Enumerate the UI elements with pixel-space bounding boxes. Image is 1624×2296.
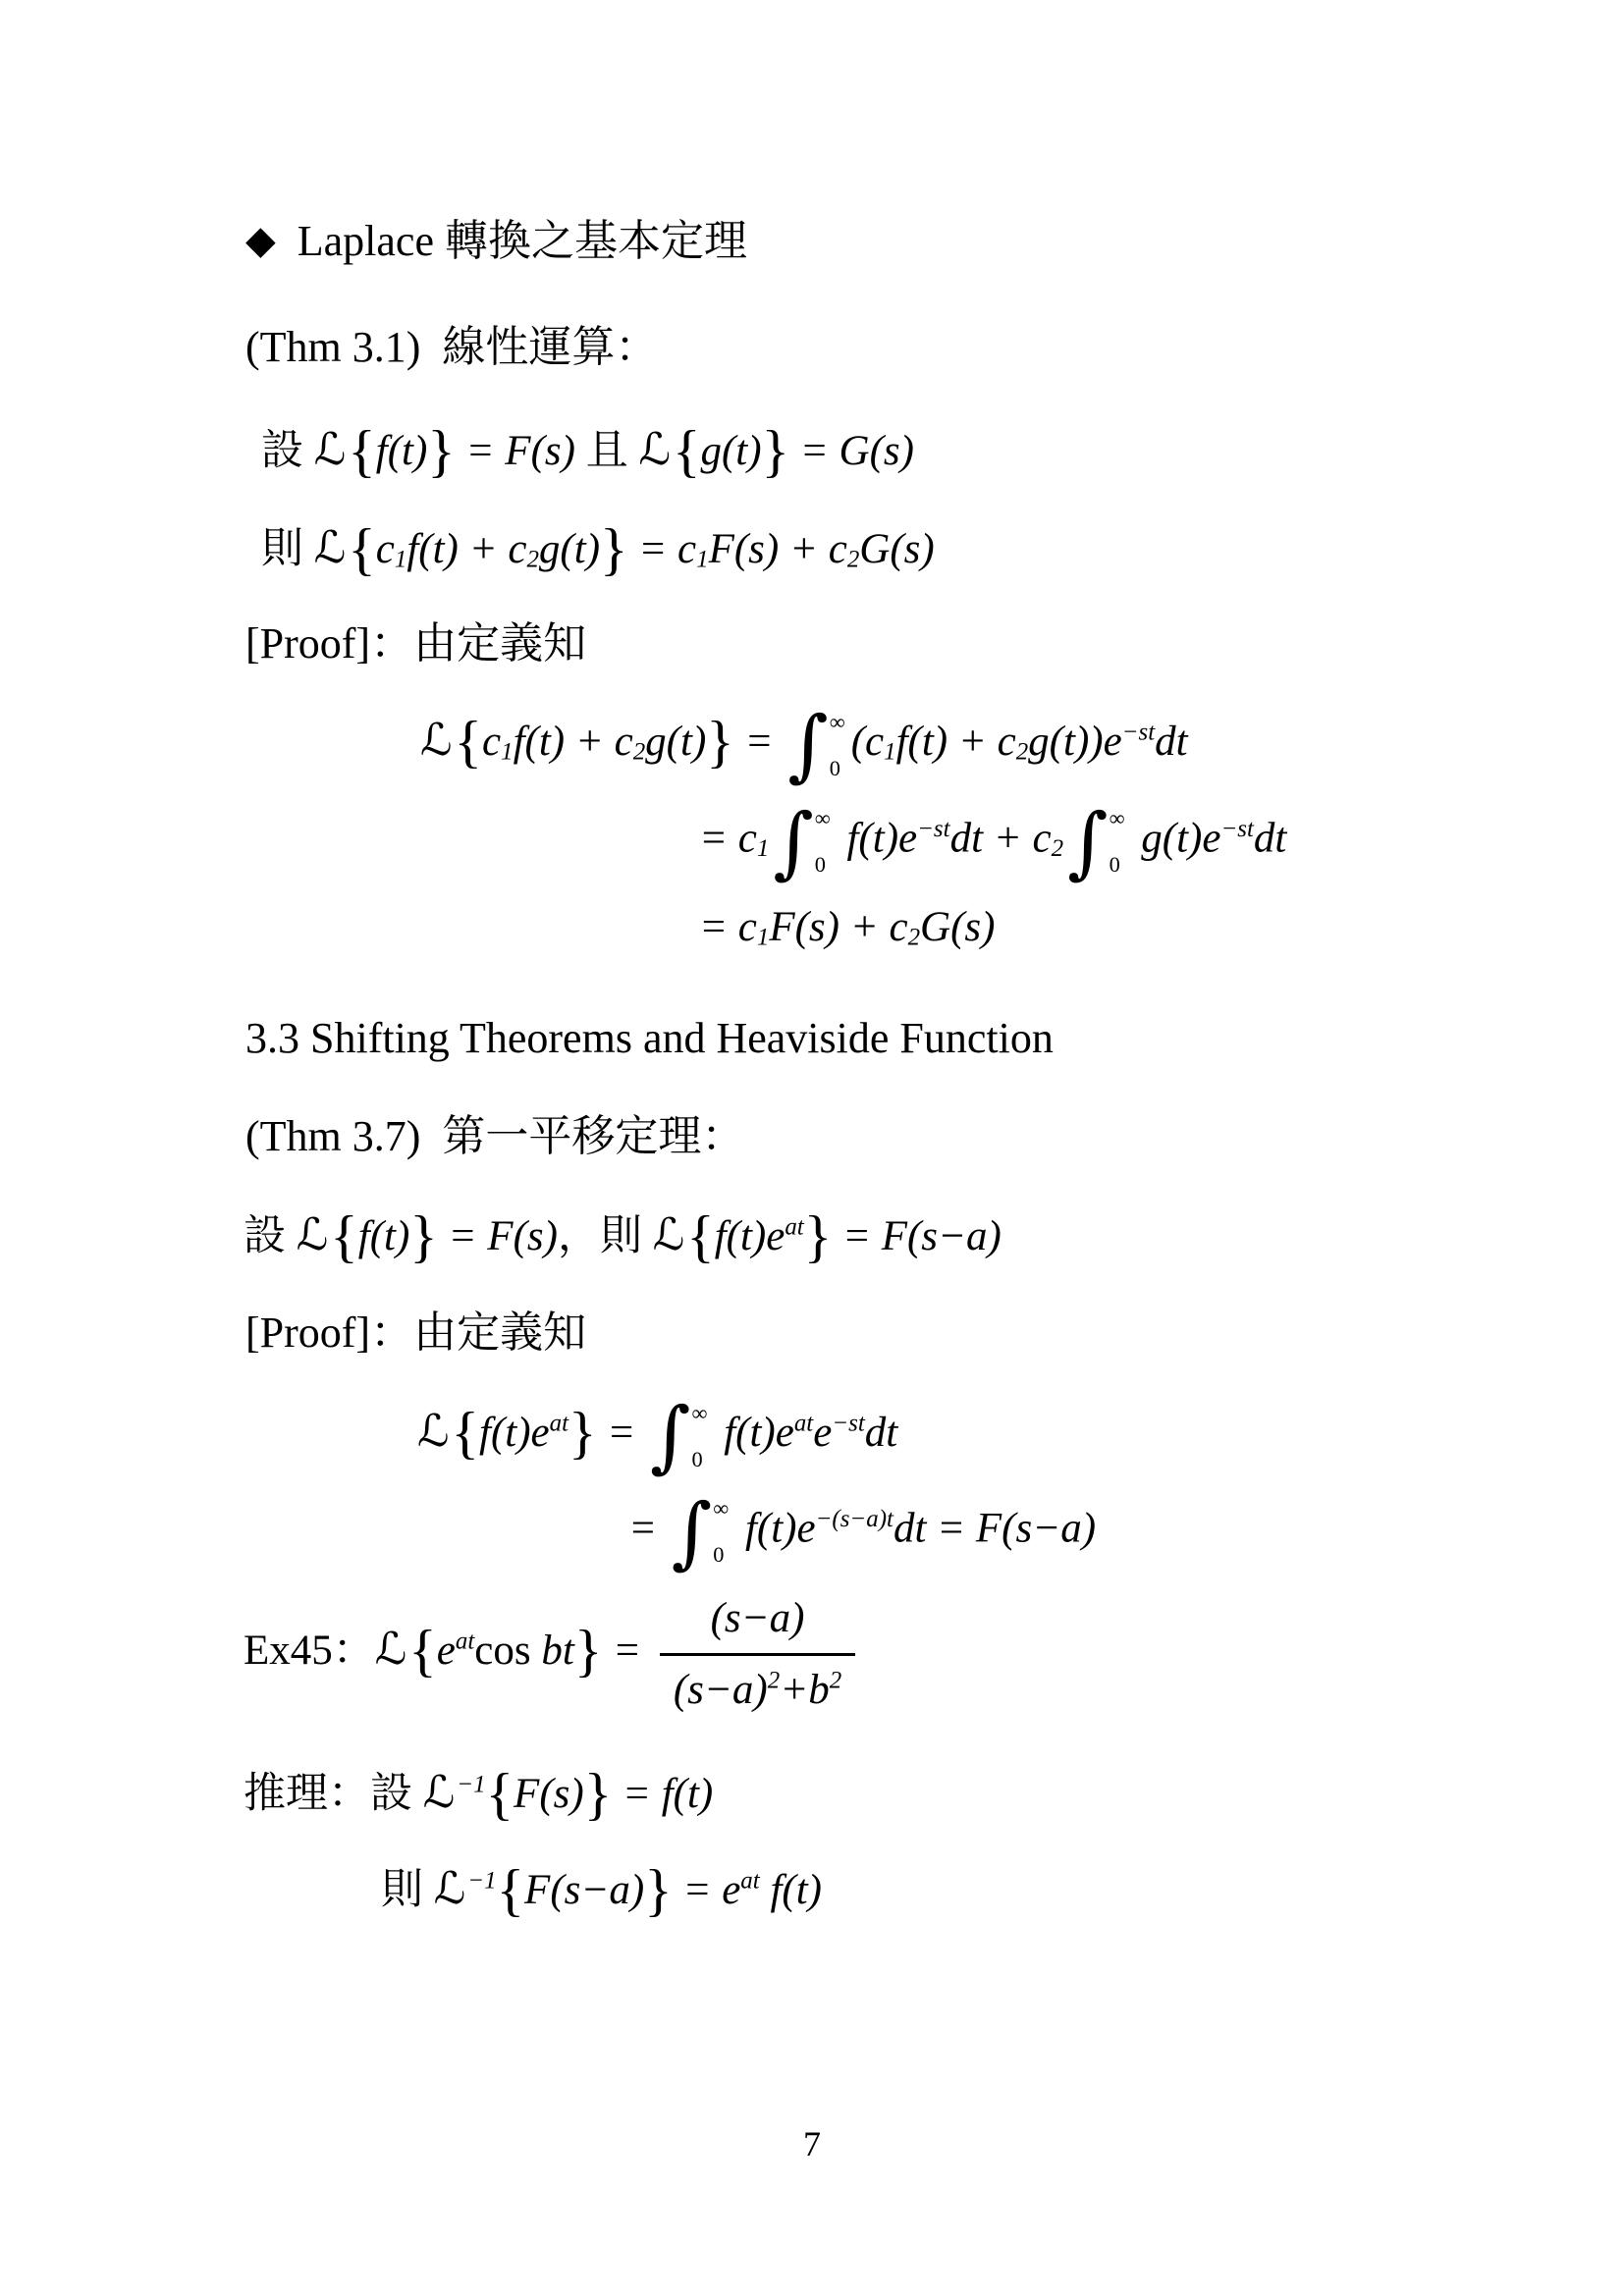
proof-label-shifting: [Proof]：由定義知	[245, 1306, 586, 1360]
shifting-proof-eq-1: ℒ{f(t)eat} = ∫∞0 f(t)eate−stdt	[417, 1396, 897, 1471]
corollary-premise: 推理：設 ℒ−1{F(s)} = f(t)	[244, 1757, 713, 1830]
laplace-operator: ℒ	[314, 521, 349, 573]
laplace-operator: ℒ	[434, 1862, 468, 1914]
proof-label-linearity: [Proof]：由定義知	[245, 616, 586, 670]
thm-3-1-premise: 設 ℒ{f(t)} = F(s) 且 ℒ{g(t)} = G(s)	[261, 414, 914, 487]
linearity-proof-eq-1: ℒ{c1f(t) + c2g(t)} = ∫∞0(c1f(t) + c2g(t)…	[420, 705, 1188, 780]
page-number: 7	[0, 2122, 1624, 2166]
document-page: ◆Laplace 轉換之基本定理 (Thm 3.1) 線性運算： 設 ℒ{f(t…	[0, 0, 1624, 2296]
laplace-operator: ℒ	[375, 1623, 409, 1675]
laplace-operator: ℒ	[297, 1208, 331, 1260]
linearity-proof-eq-3: = c1F(s) + c2G(s)	[699, 901, 995, 954]
thm-3-1-conclusion: 則 ℒ{c1f(t) + c2g(t)} = c1F(s) + c2G(s)	[261, 512, 935, 585]
shifting-proof-eq-2: = ∫∞0 f(t)e−(s−a)tdt = F(s−a)	[628, 1497, 1096, 1567]
corollary-conclusion: 則 ℒ−1{F(s−a)} = eat f(t)	[381, 1853, 822, 1926]
thm-3-1-label: (Thm 3.1) 線性運算：	[245, 320, 658, 374]
laplace-operator: ℒ	[417, 1405, 452, 1457]
section-3-3-heading: 3.3 Shifting Theorems and Heaviside Func…	[245, 1011, 1054, 1065]
diamond-bullet-icon: ◆	[245, 218, 276, 263]
laplace-operator: ℒ	[423, 1766, 458, 1818]
basic-theorems-heading-text: Laplace 轉換之基本定理	[298, 217, 747, 265]
laplace-operator: ℒ	[638, 423, 673, 475]
linearity-proof-eq-2: = c1∫∞0 f(t)e−stdt + c2∫∞0 g(t)e−stdt	[699, 807, 1286, 877]
example-45: Ex45：ℒ{eatcos bt} = (s−a)(s−a)2+b2	[244, 1592, 863, 1717]
thm-3-7-statement: 設 ℒ{f(t)} = F(s)，則 ℒ{f(t)eat} = F(s−a)	[244, 1200, 1001, 1272]
laplace-operator: ℒ	[653, 1208, 687, 1260]
basic-theorems-heading: ◆Laplace 轉換之基本定理	[245, 214, 747, 268]
laplace-operator: ℒ	[420, 714, 455, 766]
laplace-operator: ℒ	[314, 423, 349, 475]
thm-3-7-label: (Thm 3.7) 第一平移定理：	[245, 1109, 744, 1163]
